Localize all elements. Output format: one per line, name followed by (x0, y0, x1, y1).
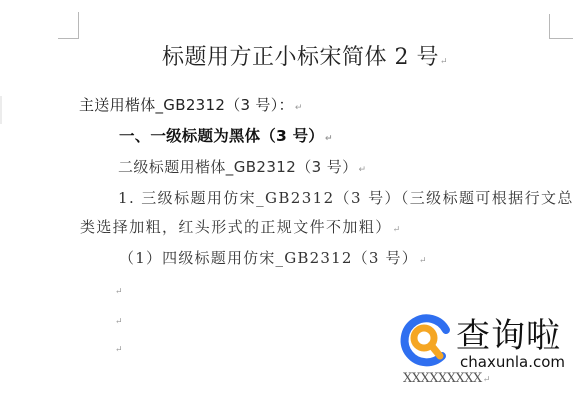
paragraph-mark-icon: ↵ (359, 165, 367, 175)
chaxunla-watermark: 查询啦 chaxunla.com (396, 308, 566, 376)
recipient-line[interactable]: 主送用楷体_GB2312（3 号）：↵ (79, 94, 303, 115)
paragraph-mark-icon: ↵ (325, 134, 333, 144)
heading-3-text-line-1: 1. 三级标题用仿宋_GB2312（3 号）（三级标题可根据行文总 (118, 189, 573, 207)
left-page-edge (0, 96, 2, 124)
paragraph-mark-icon: ↵ (115, 345, 123, 355)
title-text: 标题用方正小标宋简体 2 号 (162, 45, 439, 70)
heading-4-text: （1）四级标题用仿宋_GB2312（3 号） (119, 249, 418, 267)
heading-level-4[interactable]: （1）四级标题用仿宋_GB2312（3 号）↵ (119, 247, 428, 268)
paragraph-mark-icon: ↵ (393, 225, 402, 235)
chaxunla-q-magnifier-icon (396, 310, 454, 368)
paragraph-mark-icon: ↵ (419, 256, 428, 266)
heading-level-1[interactable]: 一、一级标题为黑体（3 号）↵ (119, 124, 333, 146)
brand-name-cn: 查询啦 (456, 308, 561, 357)
paragraph-mark-icon: ↵ (440, 57, 448, 67)
brand-url: chaxunla.com (460, 353, 565, 371)
paragraph-mark-icon: ↵ (295, 103, 303, 113)
heading-2-text: 二级标题用楷体_GB2312（3 号） (118, 158, 358, 176)
document-page[interactable]: 标题用方正小标宋简体 2 号↵ 主送用楷体_GB2312（3 号）：↵ 一、一级… (0, 0, 573, 393)
heading-3-text-line-2: 类选择加粗，红头形式的正规文件不加粗） (80, 218, 392, 236)
footer-placeholder[interactable]: XXXXXXXXX↵ (403, 371, 490, 386)
paragraph-mark-icon: ↵ (483, 375, 490, 385)
heading-level-3-line-2[interactable]: 类选择加粗，红头形式的正规文件不加粗）↵ (80, 216, 402, 237)
paragraph-mark-icon: ↵ (115, 287, 123, 297)
empty-paragraph[interactable]: ↵ (115, 345, 123, 355)
footer-placeholder-text: XXXXXXXXX (403, 371, 482, 386)
heading-level-3-line-1[interactable]: 1. 三级标题用仿宋_GB2312（3 号）（三级标题可根据行文总 (118, 187, 573, 208)
empty-paragraph[interactable]: ↵ (115, 317, 123, 327)
top-left-margin-marker (58, 12, 79, 39)
heading-level-2[interactable]: 二级标题用楷体_GB2312（3 号）↵ (118, 156, 366, 177)
top-right-margin-marker (549, 14, 573, 39)
document-title[interactable]: 标题用方正小标宋简体 2 号↵ (162, 40, 448, 71)
empty-paragraph[interactable]: ↵ (115, 287, 123, 297)
paragraph-mark-icon: ↵ (115, 317, 123, 327)
recipient-text: 主送用楷体_GB2312（3 号）： (79, 96, 294, 114)
heading-1-text: 一、一级标题为黑体（3 号） (119, 127, 324, 145)
